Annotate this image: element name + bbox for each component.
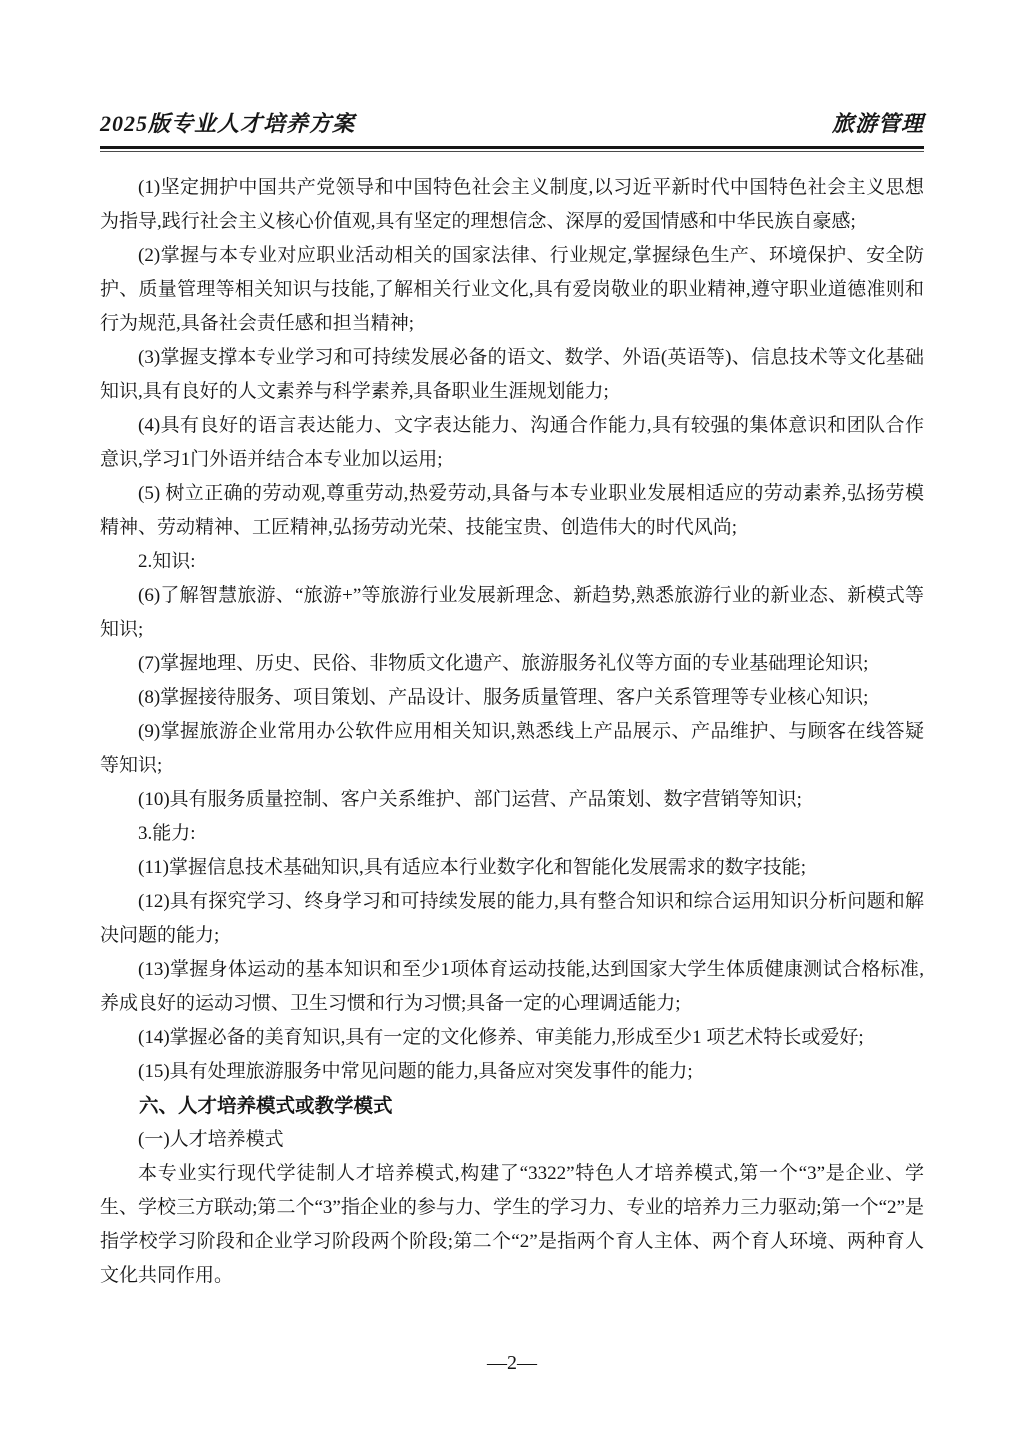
header-rule-thin-line bbox=[100, 151, 924, 152]
header-rule bbox=[100, 146, 924, 152]
paragraph-item-2: (2)掌握与本专业对应职业活动相关的国家法律、行业规定,掌握绿色生产、环境保护、… bbox=[100, 239, 924, 341]
paragraph-item-9: (9)掌握旅游企业常用办公软件应用相关知识,熟悉线上产品展示、产品维护、与顾客在… bbox=[100, 715, 924, 783]
paragraph-training-mode: 本专业实行现代学徒制人才培养模式,构建了“3322”特色人才培养模式,第一个“3… bbox=[100, 1157, 924, 1293]
paragraph-item-3: (3)掌握支撑本专业学习和可持续发展必备的语文、数学、外语(英语等)、信息技术等… bbox=[100, 341, 924, 409]
page-number: —2— bbox=[0, 1348, 1024, 1378]
section-heading-6: 六、人才培养模式或教学模式 bbox=[100, 1089, 924, 1123]
paragraph-item-15: (15)具有处理旅游服务中常见问题的能力,具备应对突发事件的能力; bbox=[100, 1055, 924, 1089]
section-label-ability: 3.能力: bbox=[100, 817, 924, 851]
paragraph-item-10: (10)具有服务质量控制、客户关系维护、部门运营、产品策划、数字营销等知识; bbox=[100, 783, 924, 817]
paragraph-item-12: (12)具有探究学习、终身学习和可持续发展的能力,具有整合知识和综合运用知识分析… bbox=[100, 885, 924, 953]
running-header: 2025版专业人才培养方案 旅游管理 bbox=[100, 110, 924, 139]
paragraph-item-7: (7)掌握地理、历史、民俗、非物质文化遗产、旅游服务礼仪等方面的专业基础理论知识… bbox=[100, 647, 924, 681]
section-label-knowledge: 2.知识: bbox=[100, 545, 924, 579]
document-page: 2025版专业人才培养方案 旅游管理 (1)坚定拥护中国共产党领导和中国特色社会… bbox=[0, 0, 1024, 1448]
paragraph-item-11: (11)掌握信息技术基础知识,具有适应本行业数字化和智能化发展需求的数字技能; bbox=[100, 851, 924, 885]
paragraph-item-8: (8)掌握接待服务、项目策划、产品设计、服务质量管理、客户关系管理等专业核心知识… bbox=[100, 681, 924, 715]
document-body: (1)坚定拥护中国共产党领导和中国特色社会主义制度,以习近平新时代中国特色社会主… bbox=[100, 171, 924, 1293]
paragraph-item-13: (13)掌握身体运动的基本知识和至少1项体育运动技能,达到国家大学生体质健康测试… bbox=[100, 953, 924, 1021]
paragraph-item-6: (6)了解智慧旅游、“旅游+”等旅游行业发展新理念、新趋势,熟悉旅游行业的新业态… bbox=[100, 579, 924, 647]
subsection-heading-1: (一)人才培养模式 bbox=[100, 1123, 924, 1157]
header-right-title: 旅游管理 bbox=[832, 110, 924, 139]
header-rule-thick-line bbox=[100, 146, 924, 149]
paragraph-item-1: (1)坚定拥护中国共产党领导和中国特色社会主义制度,以习近平新时代中国特色社会主… bbox=[100, 171, 924, 239]
paragraph-item-14: (14)掌握必备的美育知识,具有一定的文化修养、审美能力,形成至少1 项艺术特长… bbox=[100, 1021, 924, 1055]
header-left-title: 2025版专业人才培养方案 bbox=[100, 110, 355, 139]
paragraph-item-5: (5) 树立正确的劳动观,尊重劳动,热爱劳动,具备与本专业职业发展相适应的劳动素… bbox=[100, 477, 924, 545]
paragraph-item-4: (4)具有良好的语言表达能力、文字表达能力、沟通合作能力,具有较强的集体意识和团… bbox=[100, 409, 924, 477]
